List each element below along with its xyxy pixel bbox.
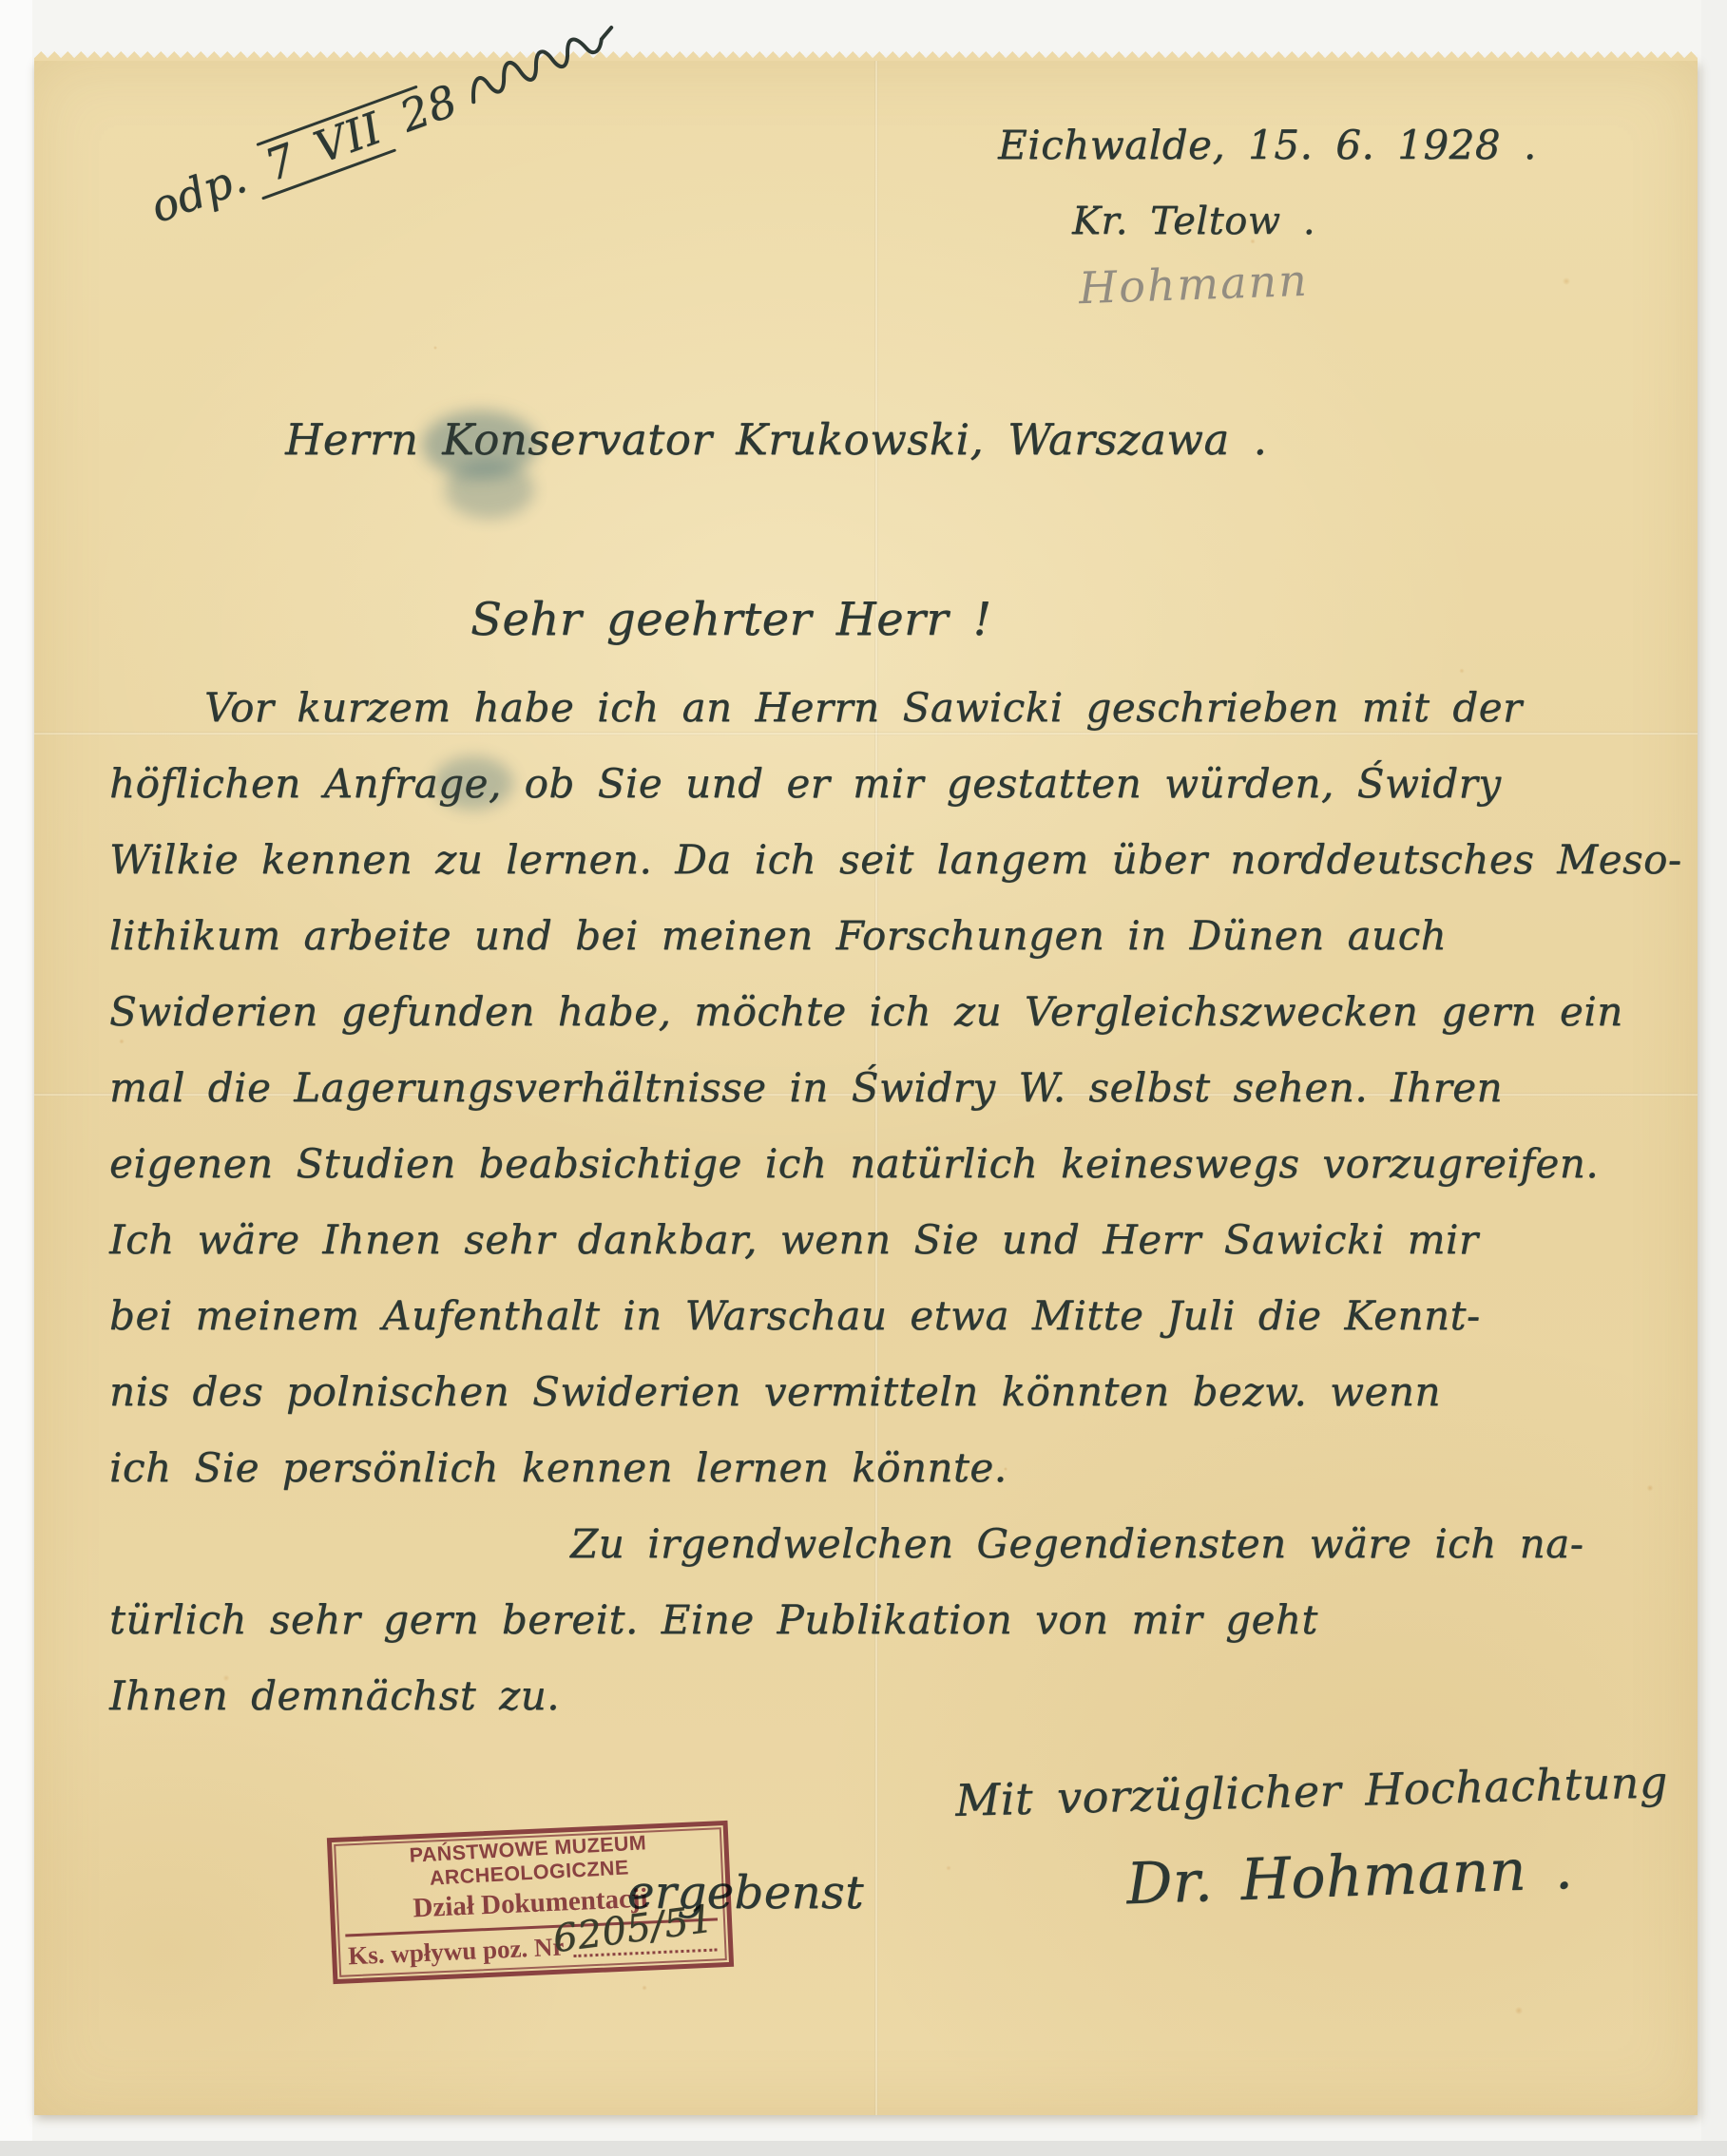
pencil-name-annotation: Hohmann — [1078, 255, 1309, 314]
perforated-top-edge — [34, 51, 1698, 61]
dateline-place-date: Eichwalde, 15. 6. 1928 . — [998, 122, 1537, 168]
signature: Dr. Hohmann . — [1125, 1836, 1574, 1918]
archival-reply-note: odp. 7 VII 28 — [144, 14, 628, 233]
scanner-edge-band — [0, 2141, 1727, 2156]
handwriting-line: Swiderien gefunden habe, möchte ich zu V… — [109, 988, 1668, 1064]
handwriting-line: bei meinem Aufenthalt in Warschau etwa M… — [109, 1292, 1668, 1368]
handwriting-line: Wilkie kennen zu lernen. Da ich seit lan… — [109, 836, 1668, 912]
stamp-entry-number: 6205/51 — [550, 1897, 716, 1961]
handwriting-line: Vor kurzem habe ich an Herrn Sawicki ges… — [109, 684, 1668, 760]
handwriting-line: türlich sehr gern bereit. Eine Publikati… — [109, 1596, 1668, 1672]
addressee-line: Herrn Konservator Krukowski, Warszawa . — [285, 414, 1267, 465]
handwriting-line: höflichen Anfrage, ob Sie und er mir ges… — [109, 760, 1668, 836]
dateline-district: Kr. Teltow . — [1072, 200, 1315, 243]
handwriting-line: Zu irgendwelchen Gegendiensten wäre ich … — [109, 1520, 1668, 1596]
letter-paper-sheet: odp. 7 VII 28 Eichwalde, 15. 6. 1928 . K… — [34, 61, 1698, 2115]
handwriting-line: Ich wäre Ihnen sehr dankbar, wenn Sie un… — [109, 1216, 1668, 1292]
handwriting-line: ich Sie persönlich kennen lernen könnte. — [109, 1444, 1668, 1520]
ink-smudge — [445, 460, 534, 519]
salutation-line: Sehr geehrter Herr ! — [470, 593, 991, 646]
handwriting-line: Ihnen demnächst zu. — [109, 1672, 1668, 1748]
illegible-scrawl — [460, 17, 626, 111]
museum-accession-stamp: PAŃSTWOWE MUZEUM ARCHEOLOGICZNE Dział Do… — [327, 1821, 734, 1984]
stamp-institution-name: PAŃSTWOWE MUZEUM ARCHEOLOGICZNE — [341, 1827, 716, 1895]
valediction-line: Mit vorzüglicher Hochachtung — [954, 1756, 1668, 1826]
handwriting-line: eigenen Studien beabsichtige ich natürli… — [109, 1140, 1668, 1216]
archival-reply-note-text: odp. 7 VII 28 — [144, 74, 464, 233]
handwriting-line: mal die Lagerungsverhältnisse in Świdry … — [109, 1064, 1668, 1140]
handwriting-line: lithikum arbeite und bei meinen Forschun… — [109, 912, 1668, 988]
handwriting-line: nis des polnischen Swiderien vermitteln … — [109, 1368, 1668, 1444]
scanned-letter-page: odp. 7 VII 28 Eichwalde, 15. 6. 1928 . K… — [0, 0, 1727, 2156]
letter-body: Vor kurzem habe ich an Herrn Sawicki ges… — [109, 684, 1668, 1748]
stamp-entry-label: Ks. wpływu poz. Nr — [348, 1933, 565, 1972]
